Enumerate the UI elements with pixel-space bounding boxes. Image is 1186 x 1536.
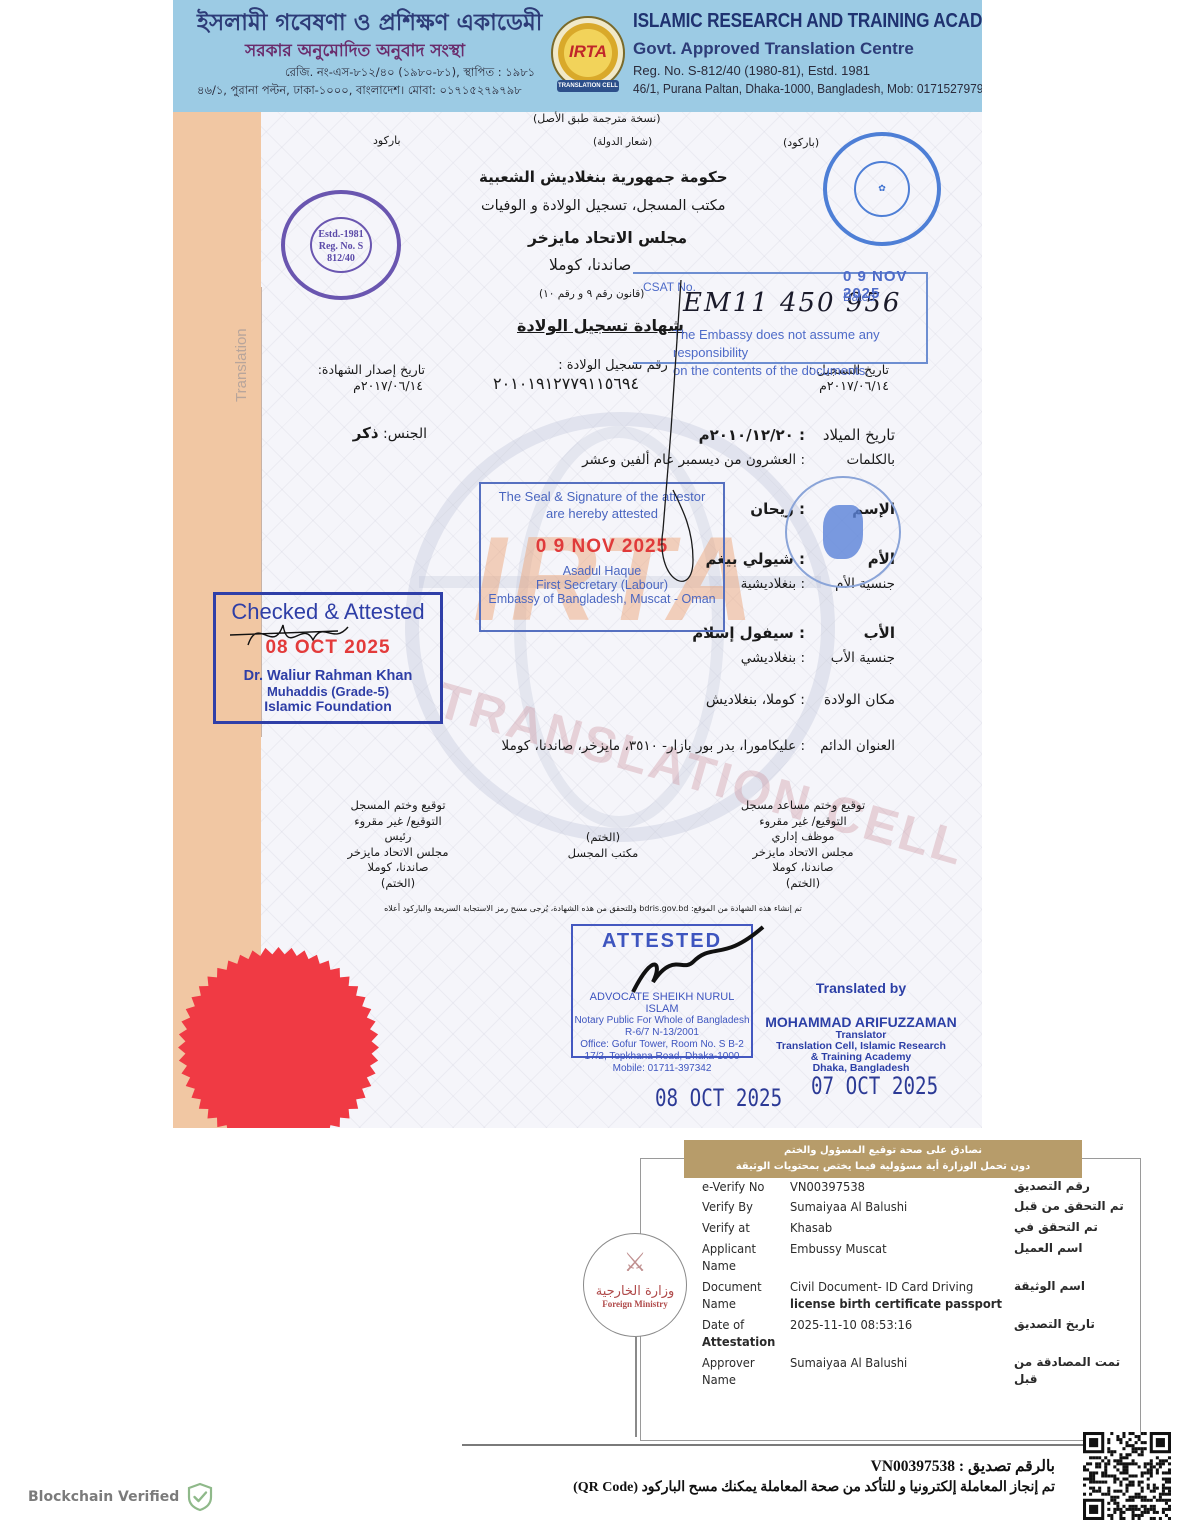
verify-label: e-Verify No <box>702 1178 781 1195</box>
translator-name: MOHAMMAD ARIFUZZAMAN <box>763 1014 959 1030</box>
field-label: بالكلمات <box>805 452 895 468</box>
footer-divider <box>462 1444 1134 1446</box>
reg-no: ٢٠١٠١٩١٢٧٧٩١١٥٦٩٤ <box>493 374 639 393</box>
verify-label: Document Name <box>702 1278 781 1312</box>
irta-logo-text: IRTA <box>553 42 623 62</box>
signature-line: رئيس <box>343 829 453 845</box>
council-name: مجلس الاتحاد مايزخر <box>528 229 687 247</box>
verify-label: Verify By <box>702 1198 781 1215</box>
verify-value: Embussy Muscat <box>790 1240 983 1257</box>
verify-label-arabic: تاريخ التصديق <box>1014 1316 1134 1333</box>
verify-label-text: Date of <box>702 1316 774 1333</box>
certificate-field-row: جنسية الأب: بنغلاديشي <box>741 650 895 666</box>
office-seal-block: (الختم)مكتب المجسل <box>553 830 653 861</box>
signature-line: (الختم) <box>738 876 868 892</box>
verify-value-text: 2025-11-10 08:53:16 <box>790 1316 983 1333</box>
law-reference: (قانون رقم ٩ و رقم ١٠) <box>539 288 644 300</box>
csat-dated-label: Dated <box>843 290 875 304</box>
seal-connector-line <box>635 1337 637 1437</box>
issue-date: ٢٠١٧/٠٦/١٤م <box>313 378 423 393</box>
registrar-office: مكتب المسجل، تسجيل الولادة و الوفيات <box>481 198 725 214</box>
letterhead-bn-reg: রেজি. নং-এস-৮১২/৪০ (১৯৮০-৮১), স্থাপিত : … <box>285 64 535 83</box>
gender-value: ذكر <box>353 424 379 442</box>
field-value: : ٢٠١٠/١٢/٢٠م <box>699 426 805 444</box>
side-label: Translation <box>233 328 250 402</box>
signature-line: (الختم) <box>343 876 453 892</box>
notary-attested-line-5: Mobile: 01711-397342 <box>573 1063 751 1075</box>
verify-label-arabic: تم التحقق في <box>1014 1219 1134 1236</box>
verify-banner-line-2: دون تحمل الوزارة أية مسؤولية فيما يختص ب… <box>684 1159 1082 1175</box>
verify-value-text-2: license birth certificate passport <box>790 1295 983 1312</box>
verify-value: Sumaiyaa Al Balushi <box>790 1354 983 1371</box>
notary-attested-line-2: R-6/7 N-13/2001 <box>573 1027 751 1039</box>
translated-by-heading: Translated by <box>763 980 959 996</box>
government-name: حكومة جمهورية بنغلاديش الشعبية <box>479 168 728 186</box>
verify-label-text-2: Attestation <box>702 1333 781 1350</box>
verify-label-arabic: اسم العميل <box>1014 1240 1134 1257</box>
checked-org: Islamic Foundation <box>216 699 440 714</box>
gender-field: الجنس: ذكر <box>337 424 427 442</box>
field-value: : بنغلاديشية <box>741 576 805 592</box>
verify-value-text: Civil Document- ID Card Driving <box>790 1278 983 1295</box>
field-label: تاريخ الميلاد <box>805 426 895 444</box>
verify-label-arabic: تمت المصادقة من قبل <box>1014 1354 1134 1388</box>
true-copy-note: (نسخة مترجمة طبق الأصل) <box>533 112 661 125</box>
irta-round-seal: Estd.-1981 Reg. No. S 812/40 <box>281 190 401 300</box>
signature-line: صاندنا، كوملا <box>343 860 453 876</box>
field-label: العنوان الدائم <box>805 738 895 754</box>
notary-date-stamp: 08 OCT 2025 <box>655 1084 782 1112</box>
verify-label-arabic: تم التحقق من قبل <box>1014 1198 1134 1215</box>
gender-label: الجنس: <box>383 426 427 442</box>
assistant-registrar-signature-block: توقيع وختم مساعد مسجلالتوقيع/ غير مقروءم… <box>738 798 868 891</box>
notary-round-seal: ✿ <box>823 132 941 246</box>
letterhead-bn-subtitle: সরকার অনুমোদিত অনুবাদ সংস্থা <box>245 38 465 66</box>
location: صاندنا، كوملا <box>549 256 631 274</box>
verify-label-text: e-Verify No <box>702 1178 774 1195</box>
verify-banner: نصادق على صحة توقيع المسؤول والختم دون ت… <box>684 1140 1082 1178</box>
signature-line: مكتب المجسل <box>553 846 653 862</box>
red-embossed-seal <box>176 945 381 1128</box>
notary-attested-line-1: Notary Public For Whole of Bangladesh <box>573 1015 751 1027</box>
footer-verify-number: بالرقم تصديق : VN00397538 <box>600 1457 1055 1476</box>
verify-label-text: Verify By <box>702 1198 774 1215</box>
field-label: الأب <box>805 624 895 642</box>
verify-value-text: Khasab <box>790 1219 983 1236</box>
verify-label-arabic: اسم الوثيقة <box>1014 1278 1134 1295</box>
handwritten-signature-line <box>653 280 713 620</box>
signature-line: التوقيع/ غير مقروء <box>738 814 868 830</box>
letterhead-en-reg: Reg. No. S-812/40 (1980-81), Estd. 1981 <box>633 63 870 78</box>
verify-label-text: Verify at <box>702 1219 774 1236</box>
signature-line: توقيع وختم مساعد مسجل <box>738 798 868 814</box>
signature-line: موظف إداري <box>738 829 868 845</box>
verify-label: Applicant Name <box>702 1240 781 1274</box>
checked-name: Dr. Waliur Rahman Khan <box>216 669 440 684</box>
verify-label: Date ofAttestation <box>702 1316 781 1350</box>
notary-attested-line-4: 17/2, Topkhana Road, Dhaka-1000 <box>573 1051 751 1063</box>
irta-seal-center: Estd.-1981 Reg. No. S 812/40 <box>310 217 372 273</box>
foreign-ministry-seal: ⚔ وزارة الخارجية Foreign Ministry <box>583 1233 687 1337</box>
translator-stamp: Translated by MOHAMMAD ARIFUZZAMAN Trans… <box>763 980 959 1074</box>
verify-value-text: Sumaiyaa Al Balushi <box>790 1198 983 1215</box>
mofa-seal-arabic: وزارة الخارجية <box>584 1284 686 1299</box>
verify-label-text: Applicant Name <box>702 1240 774 1274</box>
verify-label: Approver Name <box>702 1354 781 1388</box>
verify-value: Khasab <box>790 1219 983 1236</box>
blockchain-label: Blockchain Verified <box>28 1489 179 1505</box>
verify-value: 2025-11-10 08:53:16 <box>790 1316 983 1333</box>
notary-attested-line-3: Office: Gofur Tower, Room No. S B-2 <box>573 1039 751 1051</box>
field-value: : بنغلاديشي <box>741 650 805 666</box>
state-emblem-label: (شعار الدولة) <box>593 136 652 148</box>
letterhead-bn-address: ৪৬/১, পুরানা পল্টন, ঢাকা-১০০০, বাংলাদেশ।… <box>197 82 522 101</box>
field-value: : عليكامورا، بدر بور بازار- ٣٥١٠، مايزخر… <box>502 738 805 754</box>
signature-line: (الختم) <box>553 830 653 846</box>
certificate-field-row: العنوان الدائم: عليكامورا، بدر بور بازار… <box>502 738 895 754</box>
shield-check-icon <box>187 1482 213 1512</box>
verify-label-arabic: رقم التصديق <box>1014 1178 1134 1195</box>
certificate-field-row: بالكلمات: العشرون من ديسمبر عام ألفين وع… <box>582 452 895 468</box>
oman-khanjar-emblem-icon: ⚔ <box>620 1248 650 1278</box>
verify-banner-line-1: نصادق على صحة توقيع المسؤول والختم <box>684 1143 1082 1159</box>
verify-value-text: Sumaiyaa Al Balushi <box>790 1354 983 1371</box>
checked-title: Muhaddis (Grade-5) <box>216 684 440 699</box>
field-label: جنسية الأب <box>805 650 895 666</box>
translator-date-stamp: 07 OCT 2025 <box>811 1072 938 1100</box>
footer-qr-note: تم إنجاز المعاملة إلكترونيا و للتأكد من … <box>500 1479 1055 1496</box>
signature-line: توقيع وختم المسجل <box>343 798 453 814</box>
verify-value: Civil Document- ID Card Drivinglicense b… <box>790 1278 983 1312</box>
checked-signature <box>228 615 358 655</box>
verify-value: Sumaiyaa Al Balushi <box>790 1198 983 1215</box>
barcode-right-label: (باركود) <box>783 136 819 149</box>
barcode-left-label: باركود <box>373 134 401 147</box>
verify-value-text: VN00397538 <box>790 1178 983 1195</box>
verification-qr-code[interactable] <box>1083 1432 1171 1520</box>
embassy-round-seal <box>785 476 901 588</box>
issue-date-label: تاريخ إصدار الشهادة: <box>285 362 425 377</box>
bdris-verification-note: تم إنشاء هذه الشهادة من الموقع: bdris.go… <box>373 903 813 914</box>
irta-logo-ribbon: TRANSLATION CELL <box>557 80 619 92</box>
verify-label: Verify at <box>702 1219 781 1236</box>
verify-value: VN00397538 <box>790 1178 983 1195</box>
letterhead-en-title: ISLAMIC RESEARCH AND TRAINING ACADEMY <box>633 10 982 33</box>
checked-attested-stamp: Checked & Attested 08 OCT 2025 Dr. Waliu… <box>213 592 443 724</box>
notary-seal-emblem: ✿ <box>854 161 910 217</box>
letterhead-en-subtitle: Govt. Approved Translation Centre <box>633 39 914 59</box>
verify-label-text: Approver Name <box>702 1354 774 1388</box>
verify-value-text: Embussy Muscat <box>790 1240 983 1257</box>
field-label: مكان الولادة <box>805 692 895 708</box>
signature-line: مجلس الاتحاد مايزخر <box>343 845 453 861</box>
certificate-field-row: تاريخ الميلاد: ٢٠١٠/١٢/٢٠م <box>699 426 895 444</box>
reg-date: ٢٠١٧/٠٦/١٤م <box>789 378 889 393</box>
irta-logo: IRTA TRANSLATION CELL <box>551 16 625 90</box>
field-value: : كوملا، بنغلاديش <box>706 692 805 708</box>
signature-line: مجلس الاتحاد مايزخر <box>738 845 868 861</box>
signature-line: التوقيع/ غير مقروء <box>343 814 453 830</box>
certificate-field-row: مكان الولادة: كوملا، بنغلاديش <box>706 692 895 708</box>
letterhead-en-address: 46/1, Purana Paltan, Dhaka-1000, Banglad… <box>633 81 982 96</box>
registrar-signature-block: توقيع وختم المسجلالتوقيع/ غير مقروءرئيسم… <box>343 798 453 891</box>
scanned-certificate: Translation IRTA TRANSLATION CELL ইসলামী… <box>173 0 982 1128</box>
mofa-seal-english: Foreign Ministry <box>584 1299 686 1309</box>
signature-line: صاندنا، كوملا <box>738 860 868 876</box>
letterhead: ইসলামী গবেষণা ও প্রশিক্ষণ একাডেমী সরকার … <box>173 0 982 112</box>
verify-label-text: Document Name <box>702 1278 774 1312</box>
blockchain-verified-badge: Blockchain Verified <box>28 1482 213 1512</box>
notary-signature <box>623 922 773 1002</box>
bangladesh-map-icon <box>823 505 863 559</box>
